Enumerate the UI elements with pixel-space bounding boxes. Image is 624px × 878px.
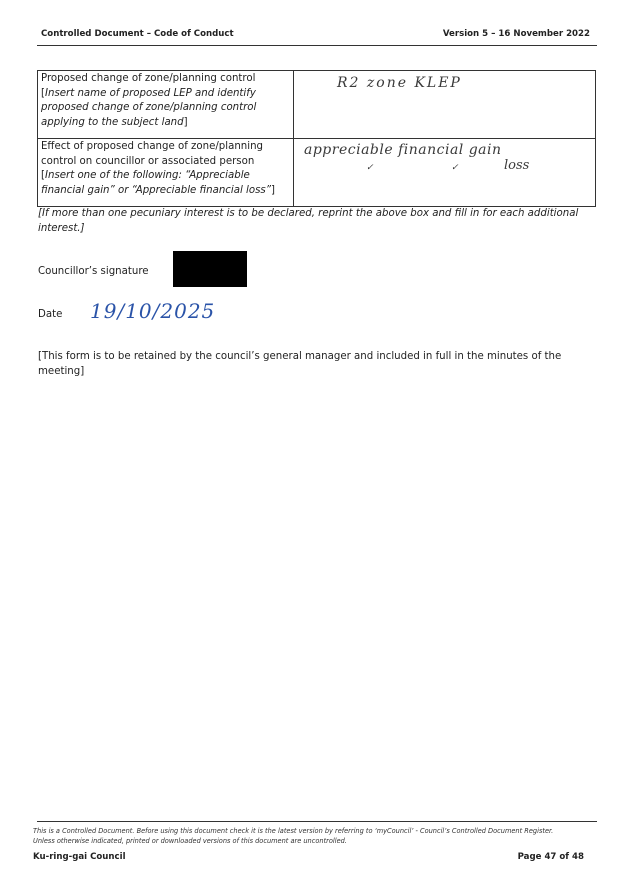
signature-redaction — [173, 251, 247, 287]
effect-instruction: Insert one of the following: “Appreciabl… — [41, 170, 271, 196]
pecuniary-interest-table: Proposed change of zone/planning control… — [37, 70, 596, 207]
footer-divider — [37, 821, 597, 822]
additional-interest-note: [If more than one pecuniary interest is … — [38, 207, 598, 236]
footer-page-number: Page 47 of 48 — [518, 852, 584, 862]
footer-disclaimer-line2: Unless otherwise indicated, printed or d… — [33, 836, 347, 846]
effect-value-cell[interactable]: appreciable financial gain ✓ ✓ loss — [294, 139, 596, 207]
date-handwritten-value: 19/10/2025 — [90, 299, 215, 323]
effect-label-cell: Effect of proposed change of zone/planni… — [38, 139, 294, 207]
zone-change-instruction: Insert name of proposed LEP and identify… — [41, 88, 256, 128]
header-document-title: Controlled Document – Code of Conduct — [41, 29, 234, 39]
zone-change-label: Proposed change of zone/planning control — [41, 73, 255, 84]
bracket-close: ] — [184, 117, 188, 128]
zone-change-value-cell[interactable]: R2 zone KLEP — [294, 71, 596, 139]
table-row: Proposed change of zone/planning control… — [38, 71, 596, 139]
table-row: Effect of proposed change of zone/planni… — [38, 139, 596, 207]
tick-mark-icon: ✓ — [451, 161, 459, 176]
zone-change-label-cell: Proposed change of zone/planning control… — [38, 71, 294, 139]
bracket-close: ] — [271, 185, 275, 196]
header-version: Version 5 – 16 November 2022 — [443, 29, 590, 39]
header-divider — [37, 45, 597, 46]
effect-handwritten-value-line2: loss — [504, 159, 529, 174]
date-label: Date — [38, 307, 62, 322]
retention-note: [This form is to be retained by the coun… — [38, 349, 598, 379]
signature-label: Councillor’s signature — [38, 264, 149, 279]
footer-disclaimer-line1: This is a Controlled Document. Before us… — [33, 826, 553, 836]
tick-mark-icon: ✓ — [366, 161, 374, 176]
effect-handwritten-value: appreciable financial gain — [304, 143, 502, 158]
footer-organisation: Ku-ring-gai Council — [33, 852, 126, 862]
zone-change-handwritten-value: R2 zone KLEP — [337, 76, 592, 91]
effect-label: Effect of proposed change of zone/planni… — [41, 141, 263, 167]
